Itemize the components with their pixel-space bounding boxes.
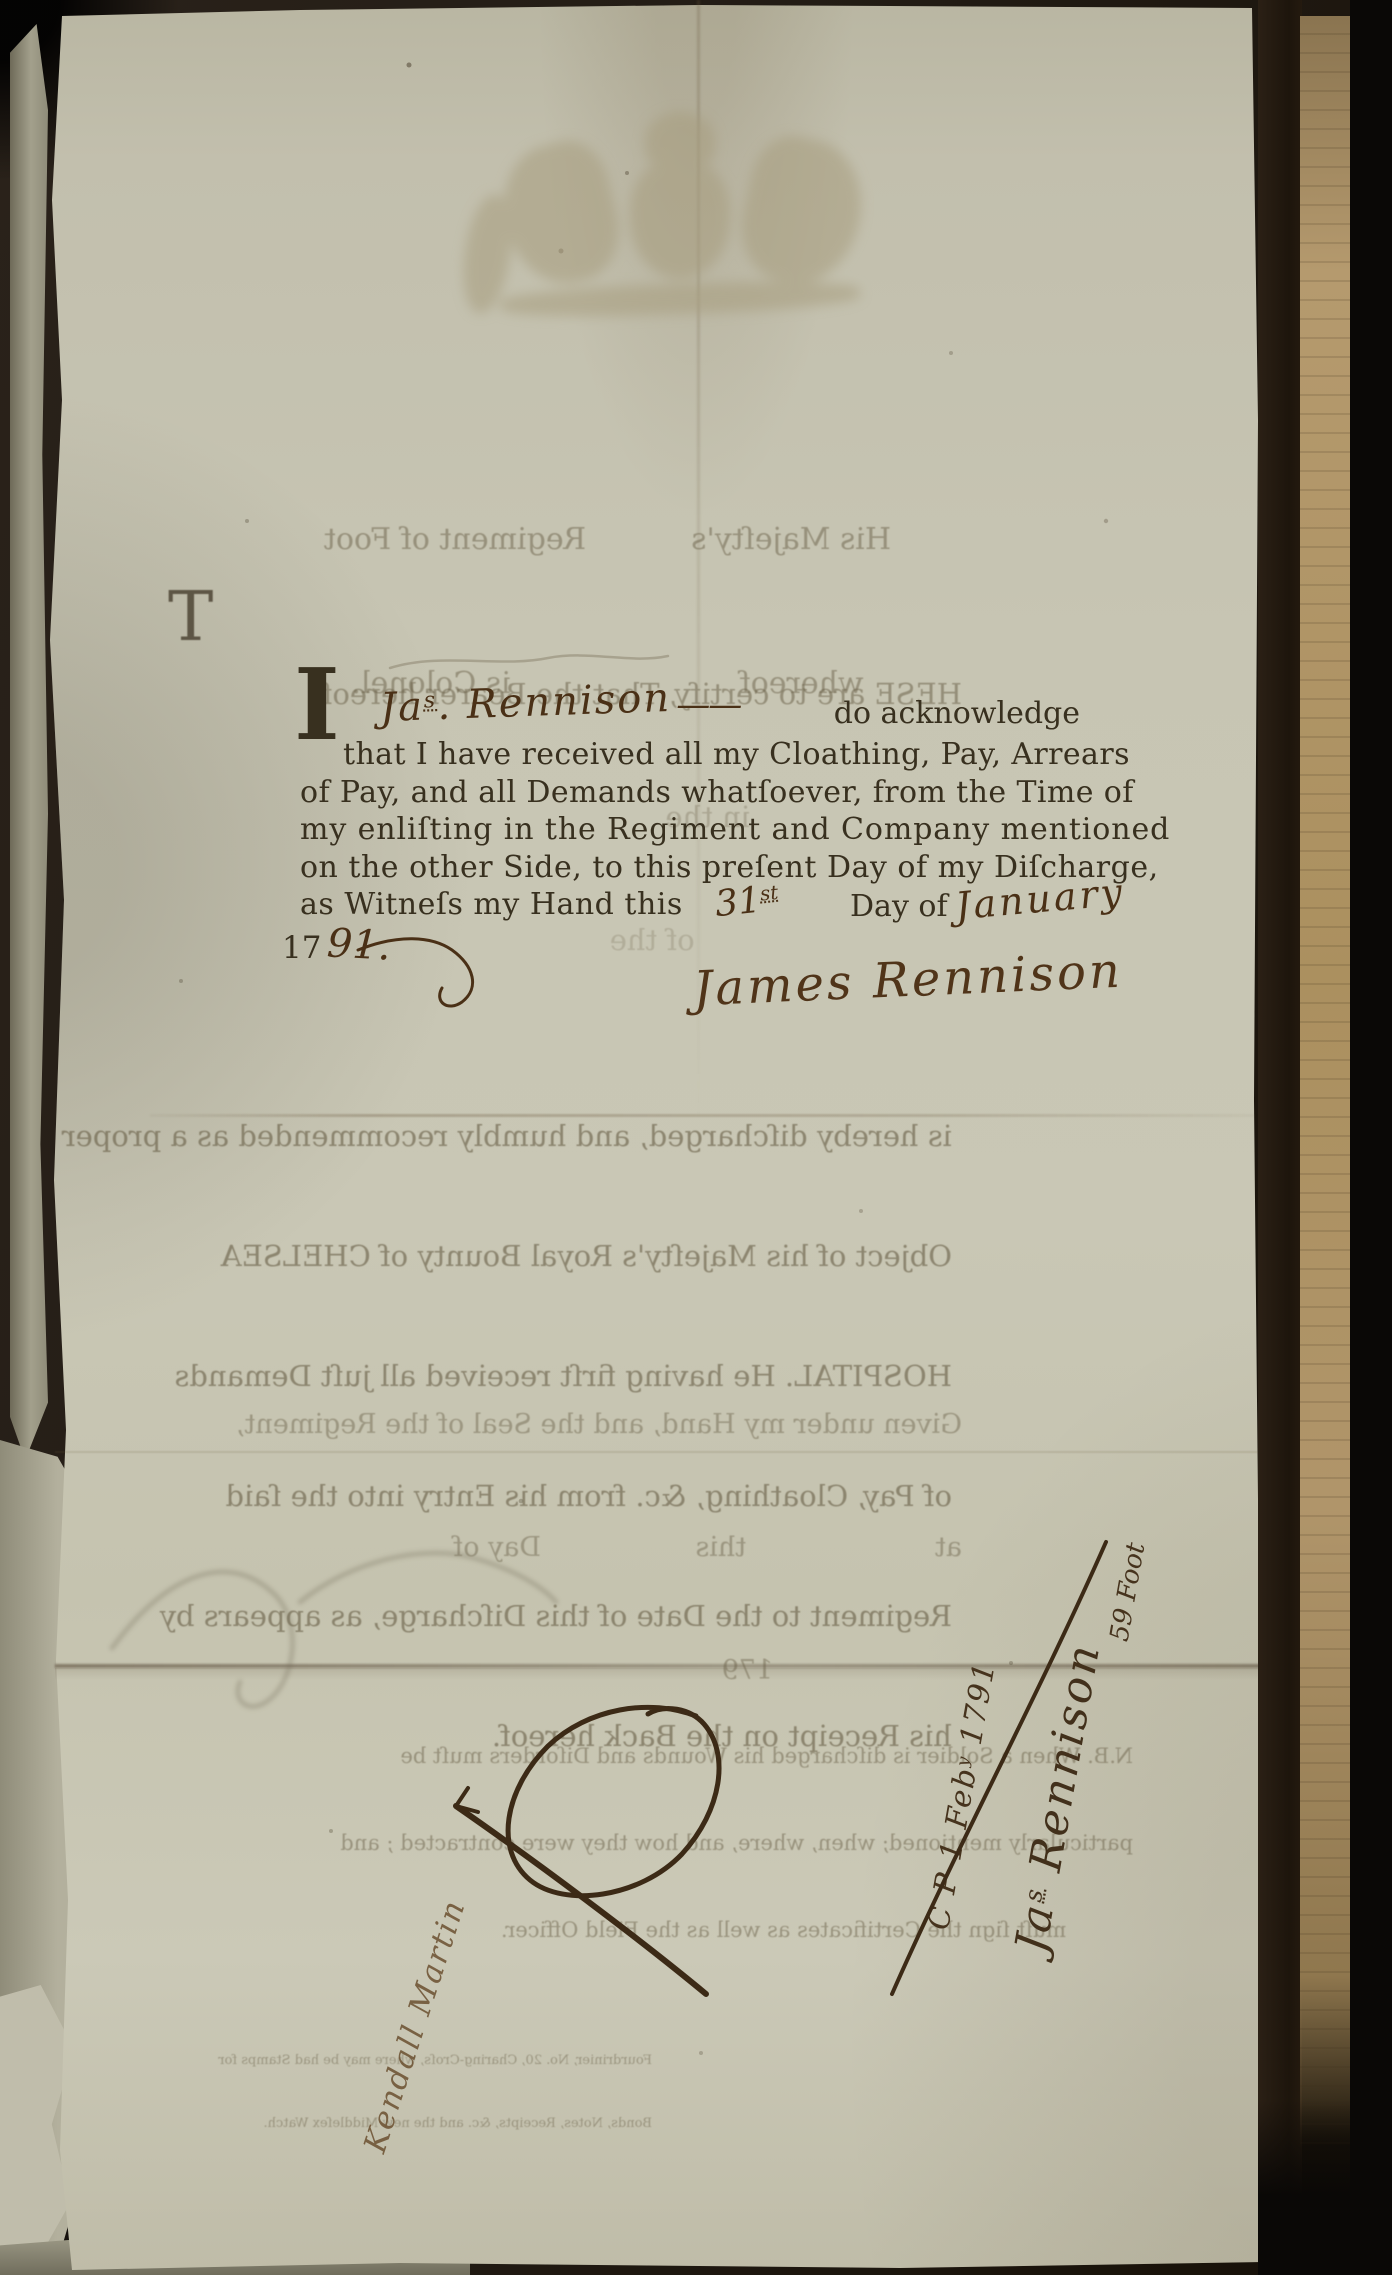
page-edge-streaks bbox=[1300, 16, 1352, 2146]
year-handwritten: 91. bbox=[325, 920, 391, 969]
bleed-line: particularly mentioned; when, where, and… bbox=[283, 1829, 1133, 1858]
book-page-edges bbox=[1300, 16, 1352, 2146]
arms-unicorn-supporter bbox=[731, 129, 874, 295]
day-handwritten: 31st bbox=[713, 878, 781, 925]
arms-shield bbox=[630, 159, 730, 279]
royal-coat-of-arms-bleedthrough bbox=[445, 104, 905, 349]
bleed-line: is hereby diſcharged, and humbly recomme… bbox=[230, 1116, 952, 1156]
receipt-year-line: 17 91. bbox=[282, 922, 390, 972]
binding-gap bbox=[1258, 0, 1302, 2275]
arms-motto-scroll bbox=[500, 278, 861, 321]
witness-prefix: as Witneſs my Hand this bbox=[300, 887, 683, 922]
bleed-heading-line: His Majeſty's Regiment of Foot bbox=[280, 516, 935, 564]
year-printed: 17 bbox=[282, 930, 321, 966]
receipt-body-line: that I have received all my Cloathing, P… bbox=[343, 737, 1130, 772]
receipt-name-line: Jas. Rennison —— do acknowledge bbox=[380, 680, 1080, 726]
arms-crown bbox=[645, 112, 715, 167]
adjacent-sheet-edge bbox=[10, 24, 48, 1460]
bleed-line: at this Day of bbox=[270, 1527, 962, 1568]
bleed-line: Given under my Hand, and the Seal of the… bbox=[270, 1404, 962, 1445]
recipient-name-handwritten: Jas. Rennison bbox=[379, 675, 672, 731]
receipt-body-line: of Pay, and all Demands whatſoever, from… bbox=[300, 775, 1134, 810]
bleed-dropcap-t: T bbox=[168, 584, 213, 652]
background-right bbox=[1350, 0, 1392, 2275]
arms-lion-supporter bbox=[490, 133, 631, 295]
bleed-line: Fourdrinier, No. 20, Charing-Croſs, wher… bbox=[290, 2050, 652, 2071]
bleed-line: muſt ſign the Certificates as well as th… bbox=[283, 1916, 1133, 1945]
day-of-text: Day of bbox=[850, 889, 948, 924]
ink-dash: —— bbox=[676, 685, 740, 725]
bleed-line: N.B. When a Soldier is diſcharged his Wo… bbox=[283, 1742, 1133, 1771]
bleed-line: Bonds, Notes, Receipts, &c. and the new … bbox=[290, 2113, 652, 2134]
receipt-witness-line: as Witneſs my Hand this 31st Day of Janu… bbox=[300, 887, 1110, 937]
background-bottom-right bbox=[1258, 2100, 1392, 2275]
acknowledge-text: do acknowledge bbox=[834, 696, 1080, 731]
scanned-discharge-receipt-page: His Majeſty's Regiment of Foot whereof i… bbox=[0, 0, 1392, 2275]
paper-specks bbox=[0, 0, 2, 2]
receipt-drop-cap: I bbox=[294, 656, 340, 756]
receipt-body-line: my enliſting in the Regiment and Company… bbox=[300, 812, 1170, 847]
bleed-line: Object of his Majeſty's Royal Bounty of … bbox=[230, 1236, 952, 1276]
bleed-printer-imprint: Fourdrinier, No. 20, Charing-Croſs, wher… bbox=[290, 2008, 652, 2176]
